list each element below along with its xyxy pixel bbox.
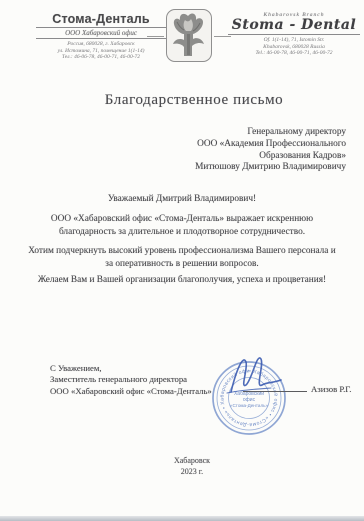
closing-line: С Уважением, [50, 363, 212, 374]
address-ru: Россия, 680028, г. Хабаровск ул. Истомин… [36, 41, 166, 61]
addressee-line: Генеральному директору [150, 127, 346, 139]
logo-side-rule-left [147, 36, 164, 37]
addressee-block: Генеральному директору ООО «Академия Про… [150, 127, 346, 174]
signature-block: С Уважением, Заместитель генерального ди… [50, 363, 212, 397]
letter-title: Благодарственное письмо [12, 92, 364, 109]
paragraph-2: Хотим подчеркнуть высокий уровень профес… [21, 245, 343, 271]
addressee-line: Митюшову Дмитрию Владимировичу [150, 162, 346, 174]
address-en: Of. 1(1-14), 71, Istomin Str. Khabarovsk… [228, 37, 360, 57]
address-ru-line3: Тел.: 46-06-78, 46-00-71, 46-00-72 [36, 54, 166, 61]
footer-year: 2023 г. [10, 466, 364, 477]
company-name-en: Stoma - Dental [228, 18, 360, 33]
scan-edge-artifact [0, 516, 364, 521]
letterhead-english-block: Khabarovsk Branch Stoma - Dental Of. 1(1… [228, 12, 360, 57]
paragraph-1: ООО «Хабаровский офис «Стома-Денталь» вы… [21, 213, 343, 239]
signer-position: Заместитель генерального директора [50, 374, 212, 385]
signer-name: Азизов Р.Г. [311, 384, 351, 394]
iris-flower-drawing [167, 10, 210, 60]
addressee-line: ООО «Академия Профессионального [150, 139, 346, 151]
signer-company: ООО «Хабаровский офис «Стома-Денталь» [50, 386, 212, 397]
footer-city: Хабаровск [10, 455, 364, 466]
footer-block: Хабаровск 2023 г. [10, 455, 364, 477]
handwritten-signature-icon [221, 349, 293, 397]
addressee-line: Образования Кадров» [150, 151, 346, 163]
stamp-inner-line3: «Стома-Денталь» [230, 403, 269, 408]
signature-underline [243, 391, 307, 392]
scanned-letter-page: Стома-Денталь ООО Хабаровский офис Росси… [0, 0, 364, 521]
company-name-ru: Стома-Денталь [36, 13, 166, 26]
letterhead-rule [36, 27, 166, 28]
address-en-line3: Tel.: 46-00-78, 46-00-71, 46-00-72 [228, 50, 360, 57]
salutation: Уважаемый Дмитрий Владимирович! [0, 194, 364, 204]
paragraph-3: Желаем Вам и Вашей организации благополу… [21, 274, 343, 287]
letterhead-rule [228, 34, 360, 35]
iris-flower-logo-icon [166, 9, 212, 62]
letterhead-rule [36, 38, 166, 39]
